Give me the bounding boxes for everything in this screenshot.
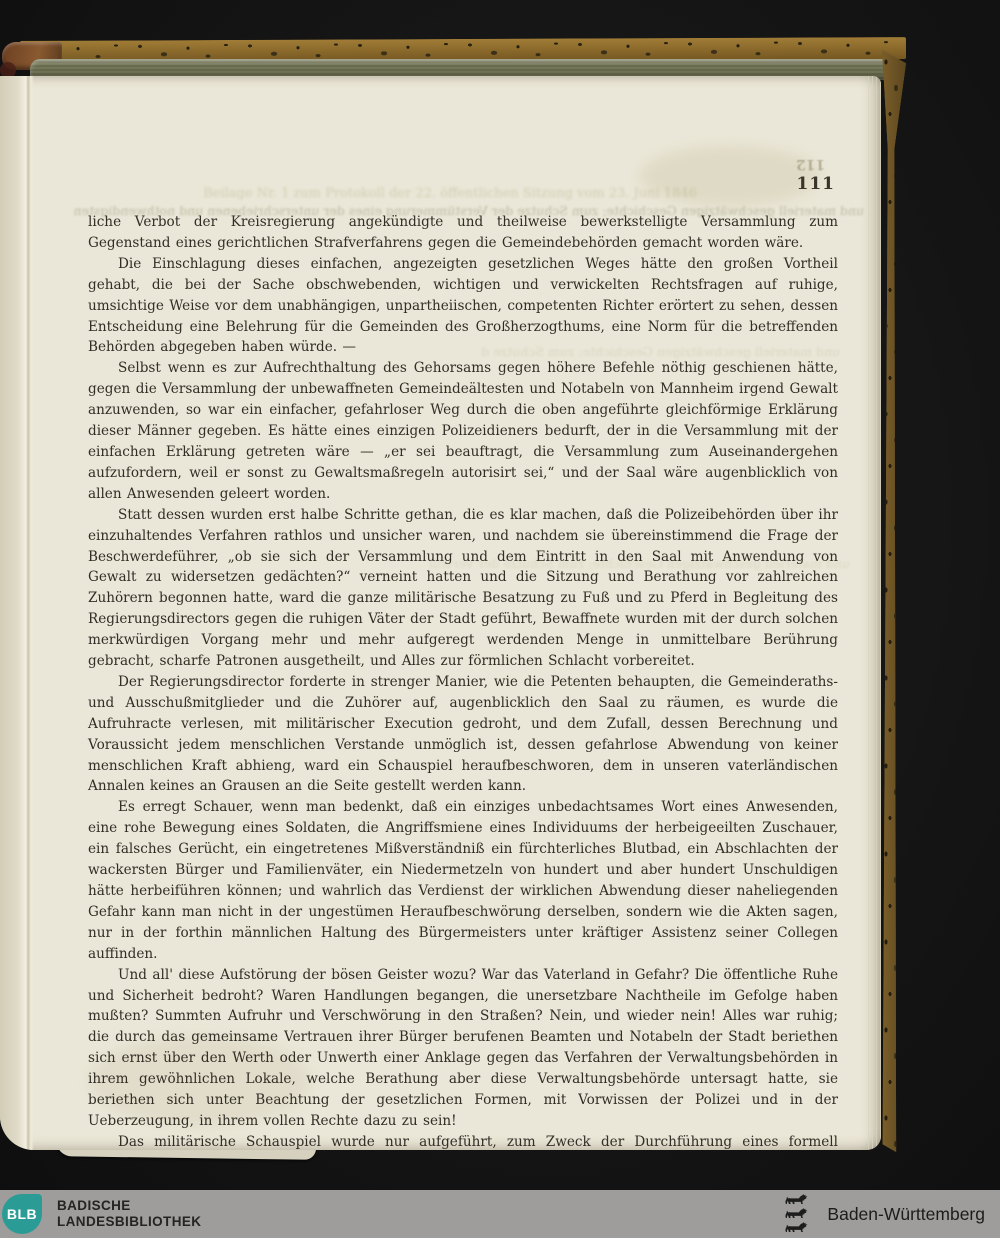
- blb-logo: BLB: [2, 1194, 42, 1234]
- state-name: Baden-Württemberg: [827, 1204, 985, 1225]
- ghost-page-number: 112: [796, 156, 825, 172]
- viewer-footer: BLB BADISCHE LANDESBIBLIOTHEK Baden-Würt…: [0, 1190, 1000, 1238]
- library-name-line2: LANDESBIBLIOTHEK: [57, 1214, 201, 1230]
- library-name: BADISCHE LANDESBIBLIOTHEK: [57, 1198, 201, 1230]
- body-paragraph: Der Regierungsdirector forderte in stren…: [88, 672, 838, 797]
- body-paragraph: Und all' diese Aufstörung der bösen Geis…: [88, 965, 838, 1132]
- body-paragraph: Es erregt Schauer, wenn man bedenkt, daß…: [88, 797, 838, 964]
- body-paragraph: Statt dessen wurden erst halbe Schritte …: [88, 505, 838, 672]
- body-paragraph: Die Einschlagung dieses einfachen, angez…: [88, 254, 838, 359]
- library-name-line1: BADISCHE: [57, 1198, 201, 1214]
- body-paragraph: Das militärische Schauspiel wurde nur au…: [88, 1132, 838, 1150]
- blb-logo-text: BLB: [7, 1206, 37, 1222]
- body-paragraph: Selbst wenn es zur Aufrechthaltung des G…: [88, 358, 838, 504]
- baden-wuerttemberg-coat-of-arms-icon: [776, 1193, 818, 1235]
- page-text-block: liche Verbot der Kreisregierung angekünd…: [88, 212, 838, 1150]
- body-paragraph: liche Verbot der Kreisregierung angekünd…: [88, 212, 838, 254]
- viewer-background: Beilage Nr. 1 zum Protokoll der 22. öffe…: [0, 0, 1000, 1238]
- scanned-book-page: Beilage Nr. 1 zum Protokoll der 22. öffe…: [0, 76, 881, 1150]
- bleedthrough-heading: Beilage Nr. 1 zum Protokoll der 22. öffe…: [130, 186, 770, 201]
- state-brand-link[interactable]: Baden-Württemberg: [776, 1193, 985, 1235]
- book-cover-right-edge: [880, 50, 906, 1152]
- library-brand-link[interactable]: BLB BADISCHE LANDESBIBLIOTHEK: [0, 1194, 201, 1234]
- page-number: 111: [797, 174, 836, 194]
